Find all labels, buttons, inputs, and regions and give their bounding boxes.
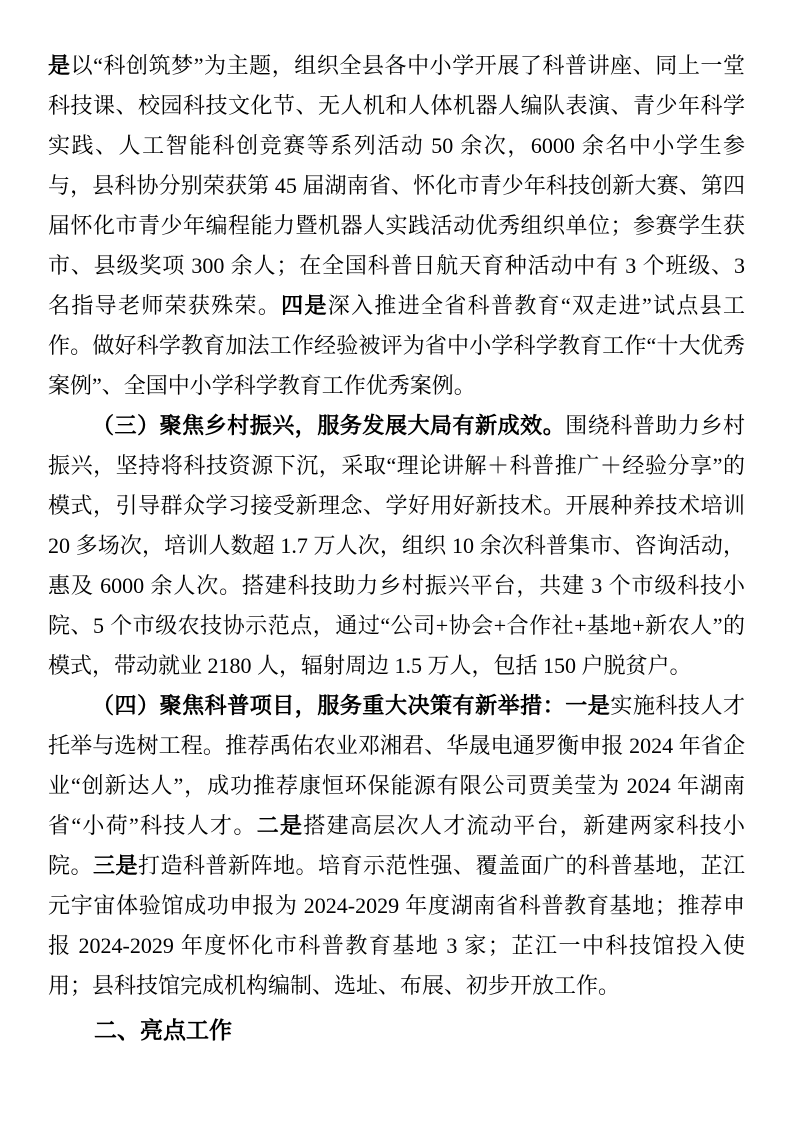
bold-text-run: 四是 bbox=[281, 293, 328, 318]
text-run: 打造科普新阵地。培育示范性强、覆盖面广的科普基地，芷江元宇宙体验馆成功申报为 2… bbox=[48, 853, 745, 998]
text-run: 围绕科普助力乡村振兴，坚持将科技资源下沉，采取“理论讲解＋科普推广＋经验分享”的… bbox=[48, 413, 745, 678]
bold-text-run: 二、亮点工作 bbox=[94, 1017, 232, 1043]
bold-text-run: （四）聚焦科普项目，服务重大决策有新举措：一是 bbox=[92, 693, 610, 718]
bold-text-run: 三是 bbox=[93, 853, 138, 878]
document-body: 是以“科创筑梦”为主题，组织全县各中小学开展了科普讲座、同上一堂科技课、校园科技… bbox=[48, 46, 745, 1050]
document-page: 是以“科创筑梦”为主题，组织全县各中小学开展了科普讲座、同上一堂科技课、校园科技… bbox=[0, 0, 793, 1122]
para-science-popularization-projects: （四）聚焦科普项目，服务重大决策有新举措：一是实施科技人才托举与选树工程。推荐禹… bbox=[48, 686, 745, 1006]
heading-highlights-section: 二、亮点工作 bbox=[48, 1010, 745, 1050]
para-youth-science-continuation: 是以“科创筑梦”为主题，组织全县各中小学开展了科普讲座、同上一堂科技课、校园科技… bbox=[48, 46, 745, 406]
text-run: 以“科创筑梦”为主题，组织全县各中小学开展了科普讲座、同上一堂科技课、校园科技文… bbox=[48, 53, 745, 318]
para-rural-revitalization: （三）聚焦乡村振兴，服务发展大局有新成效。围绕科普助力乡村振兴，坚持将科技资源下… bbox=[48, 406, 745, 686]
bold-text-run: 二是 bbox=[257, 813, 304, 838]
bold-text-run: （三）聚焦乡村振兴，服务发展大局有新成效。 bbox=[92, 413, 565, 438]
bold-text-run: 是 bbox=[48, 53, 71, 78]
